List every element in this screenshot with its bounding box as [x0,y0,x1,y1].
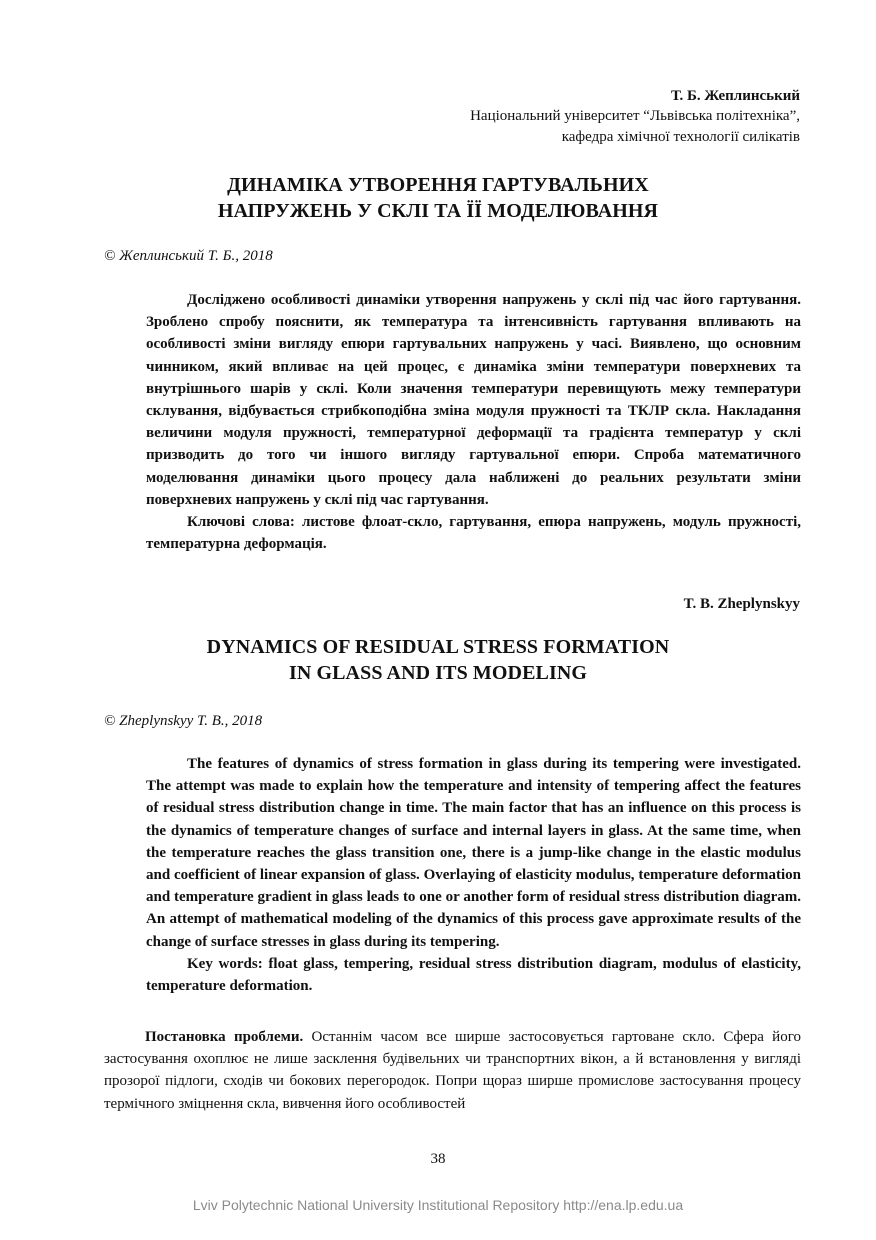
title-ua-line1: ДИНАМІКА УТВОРЕННЯ ГАРТУВАЛЬНИХ [100,172,776,198]
abstract-en-text: The features of dynamics of stress forma… [146,753,801,953]
keywords-en: Key words: float glass, tempering, resid… [146,953,801,997]
repository-footer: Lviv Polytechnic National University Ins… [0,1197,876,1213]
title-ua: ДИНАМІКА УТВОРЕННЯ ГАРТУВАЛЬНИХ НАПРУЖЕН… [100,172,776,224]
title-en-line1: DYNAMICS OF RESIDUAL STRESS FORMATION [100,634,776,660]
abstract-en: The features of dynamics of stress forma… [146,753,801,997]
title-en-line2: IN GLASS AND ITS MODELING [100,660,776,686]
affiliation: Національний університет “Львівська полі… [400,106,800,148]
body-section: Постановка проблеми. Останнім часом все … [104,1026,801,1115]
keywords-ua: Ключові слова: листове флоат-скло, гарту… [146,511,801,555]
abstract-ua-text: Досліджено особливості динаміки утворенн… [146,289,801,511]
affiliation-university: Національний університет “Львівська полі… [400,106,800,127]
copyright-en: © Zheplynskyy T. B., 2018 [104,711,262,731]
title-ua-line2: НАПРУЖЕНЬ У СКЛІ ТА ЇЇ МОДЕЛЮВАННЯ [100,198,776,224]
title-en: DYNAMICS OF RESIDUAL STRESS FORMATION IN… [100,634,776,686]
page-number: 38 [0,1151,876,1168]
abstract-ua: Досліджено особливості динаміки утворенн… [146,289,801,555]
affiliation-department: кафедра хімічної технології силікатів [400,127,800,148]
author-name-ua: Т. Б. Жеплинський [430,86,800,106]
copyright-ua: © Жеплинський Т. Б., 2018 [104,246,273,266]
body-paragraph: Постановка проблеми. Останнім часом все … [104,1026,801,1115]
section-heading: Постановка проблеми. [145,1029,303,1045]
author-name-en: T. B. Zheplynskyy [430,594,800,614]
